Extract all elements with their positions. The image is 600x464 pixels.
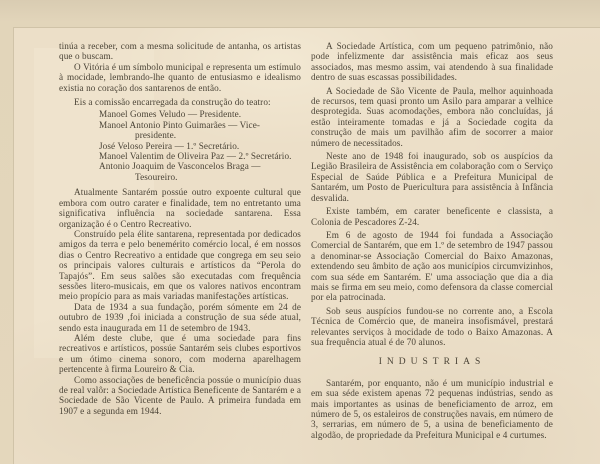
right-column: A Sociedade Artística, com um pequeno pa… (311, 41, 553, 443)
paragraph-colonia-pescadores: Existe também, em carater beneficente e … (311, 206, 553, 227)
paragraph-continuation: tinúa a receber, com a mesma solicitude … (59, 41, 301, 62)
text-columns: tinúa a receber, com a mesma solicitude … (59, 41, 553, 443)
paragraph-atualmente: Atualmente Santarém possúe outro expoent… (59, 187, 301, 229)
paragraph-escola-tecnica: Sob seus auspícios fundou-se no corrente… (311, 306, 553, 348)
paragraph-industrias: Santarém, por enquanto, não é um municíp… (311, 378, 553, 440)
paragraph-beneficencia: Como associações de beneficência possúe … (59, 375, 301, 417)
paragraph-construido: Construído pela élite santarena, represe… (59, 229, 301, 302)
paragraph-sociedade-artistica: A Sociedade Artística, com um pequeno pa… (311, 41, 553, 83)
paragraph-vitoria: O Vitória é um símbolo municipal e repre… (59, 62, 301, 93)
committee-list: Manoel Gomes Veludo — Presidente. Manoel… (99, 109, 301, 182)
paragraph-sao-vicente: A Sociedade de São Vicente de Paula, mel… (311, 86, 553, 148)
scanned-page-surface: tinúa a receber, com a mesma solicitude … (13, 27, 600, 464)
paragraph-alem-clube: Além deste clube, que é uma sociedade pa… (59, 333, 301, 375)
committee-member: Manoel Gomes Veludo — Presidente. (99, 109, 301, 119)
paragraph-data-fundacao: Data de 1934 a sua fundação, porém sómen… (59, 302, 301, 333)
committee-member: Antonio Joaquim de Vasconcelos Braga — T… (99, 161, 301, 182)
committee-member: Manoel Valentim de Oliveira Paz — 2.º Se… (99, 151, 301, 161)
paragraph-associacao-comercial: Em 6 de agosto de 1944 foi fundada a Ass… (311, 230, 553, 303)
left-column: tinúa a receber, com a mesma solicitude … (59, 41, 301, 443)
committee-member: José Veloso Pereira — 1.º Secretário. (99, 141, 301, 151)
commission-intro: Eis a comissão encarregada da construção… (59, 97, 301, 107)
paragraph-posto-puericultura: Neste ano de 1948 foi inaugurado, sob os… (311, 151, 553, 203)
section-heading-industrias: INDUSTRIAS (311, 357, 553, 367)
committee-member: Manoel Antonio Pinto Guimarães — Vice-pr… (99, 120, 301, 141)
